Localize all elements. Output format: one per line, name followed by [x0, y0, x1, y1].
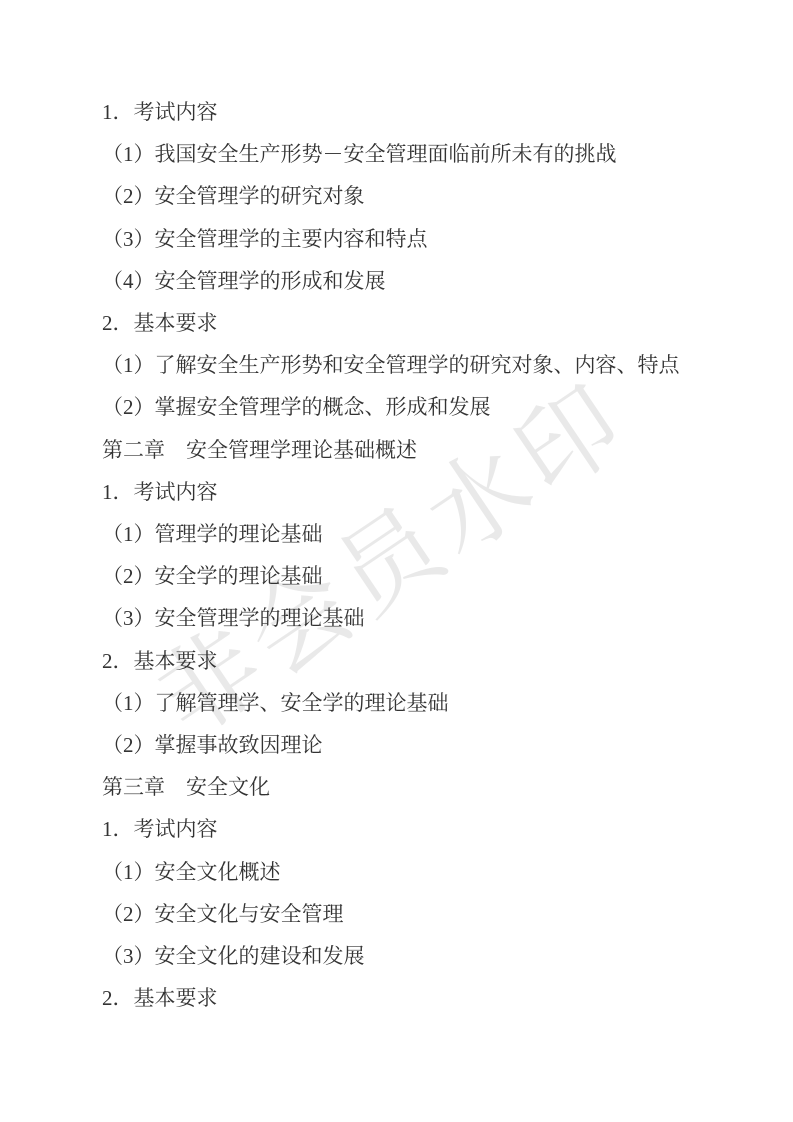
document-line: （1）我国安全生产形势－安全管理面临前所未有的挑战 [102, 133, 733, 175]
document-line: 2．基本要求 [102, 302, 733, 344]
document-body: 1．考试内容（1）我国安全生产形势－安全管理面临前所未有的挑战（2）安全管理学的… [102, 91, 733, 1019]
document-line: （2）掌握安全管理学的概念、形成和发展 [102, 386, 733, 428]
document-line: 1．考试内容 [102, 91, 733, 133]
document-line: （3）安全文化的建设和发展 [102, 935, 733, 977]
document-line: 2．基本要求 [102, 640, 733, 682]
document-line: （2）安全管理学的研究对象 [102, 175, 733, 217]
document-line: （2）安全学的理论基础 [102, 555, 733, 597]
document-page: 非会员水印 1．考试内容（1）我国安全生产形势－安全管理面临前所未有的挑战（2）… [0, 0, 793, 1122]
document-line: （3）安全管理学的主要内容和特点 [102, 218, 733, 260]
document-line: 2．基本要求 [102, 977, 733, 1019]
document-line: （2）安全文化与安全管理 [102, 893, 733, 935]
document-line: （1）管理学的理论基础 [102, 513, 733, 555]
document-line: 1．考试内容 [102, 471, 733, 513]
document-line: （4）安全管理学的形成和发展 [102, 260, 733, 302]
chapter-heading: 第三章 安全文化 [102, 766, 733, 808]
document-line: （1）安全文化概述 [102, 851, 733, 893]
document-line: （1）了解安全生产形势和安全管理学的研究对象、内容、特点 [102, 344, 733, 386]
document-line: （1）了解管理学、安全学的理论基础 [102, 682, 733, 724]
document-line: （2）掌握事故致因理论 [102, 724, 733, 766]
document-line: 1．考试内容 [102, 808, 733, 850]
chapter-heading: 第二章 安全管理学理论基础概述 [102, 429, 733, 471]
document-line: （3）安全管理学的理论基础 [102, 597, 733, 639]
